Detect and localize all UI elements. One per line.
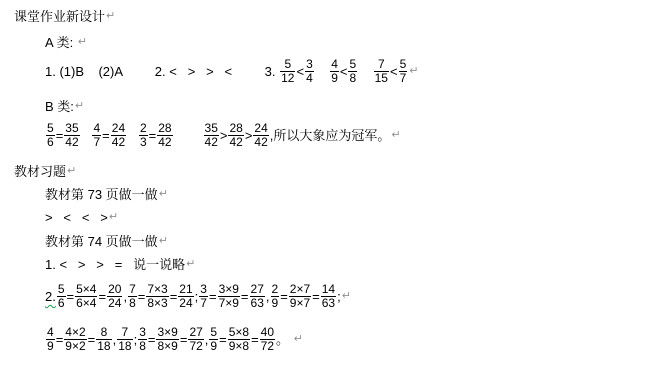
text-run: B 类: xyxy=(45,99,74,114)
fraction-numerator: 2 xyxy=(139,122,148,135)
fraction-denominator: 9×2 xyxy=(64,340,86,353)
fraction: 5×89×8 xyxy=(228,326,250,353)
fraction-denominator: 42 xyxy=(64,136,79,149)
fraction-denominator: 9 xyxy=(46,340,55,353)
fraction-denominator: 9 xyxy=(271,297,280,310)
fraction-numerator: 4 xyxy=(92,122,101,135)
fraction-denominator: 15 xyxy=(374,72,389,85)
text-run: = xyxy=(170,289,178,304)
text-run: = xyxy=(88,332,96,347)
fraction-numerator: 24 xyxy=(253,122,268,135)
fraction-denominator: 3 xyxy=(139,136,148,149)
text-run: = xyxy=(56,332,64,347)
fraction: 58 xyxy=(348,58,357,85)
paragraph-mark-icon: ↵ xyxy=(106,11,115,22)
fraction-denominator: 7×9 xyxy=(218,297,240,310)
fraction-denominator: 18 xyxy=(96,340,111,353)
fraction-numerator: 40 xyxy=(260,326,275,339)
fraction: 2842 xyxy=(157,122,172,149)
fraction-numerator: 7 xyxy=(121,326,130,339)
fraction-numerator: 5 xyxy=(57,283,66,296)
text-run: = xyxy=(67,289,75,304)
fraction-numerator: 3 xyxy=(199,283,208,296)
text-run: 课堂作业新设计 xyxy=(14,9,105,24)
fraction: 3542 xyxy=(204,122,219,149)
fraction: 2763 xyxy=(250,283,265,310)
text-run: 教材第 74 页做一做 xyxy=(45,234,158,249)
b-class-answers: 56=3542 47=2442 23=2842 3542>2842>2442,所… xyxy=(45,122,646,149)
text-run: ; xyxy=(195,289,199,304)
fraction-denominator: 8×9 xyxy=(156,340,178,353)
fraction-numerator: 27 xyxy=(250,283,265,296)
fraction-denominator: 8 xyxy=(348,72,357,85)
fraction: 718 xyxy=(117,326,132,353)
fraction: 2442 xyxy=(253,122,268,149)
fraction: 7×38×3 xyxy=(146,283,168,310)
p74-answer-2-line-1: 2.56=5×46×4=2024,78=7×38×3=2124;37=3×97×… xyxy=(45,283,646,310)
text-run: 1. (1)B (2)A 2. < > > < 3. xyxy=(45,64,279,79)
fraction-denominator: 6×4 xyxy=(75,297,97,310)
fraction-denominator: 9×8 xyxy=(228,340,250,353)
fraction-numerator: 7 xyxy=(377,58,386,71)
fraction: 2442 xyxy=(111,122,126,149)
text-run: = xyxy=(219,332,227,347)
fraction: 3×97×9 xyxy=(218,283,240,310)
fraction-denominator: 42 xyxy=(253,136,268,149)
paragraph-mark-icon: ↵ xyxy=(67,166,76,177)
fraction-numerator: 27 xyxy=(188,326,203,339)
fraction-denominator: 6 xyxy=(46,136,55,149)
fraction-denominator: 42 xyxy=(157,136,172,149)
fraction-denominator: 8 xyxy=(128,297,137,310)
fraction-numerator: 28 xyxy=(228,122,243,135)
text-run: > xyxy=(220,128,228,143)
text-run: > < < > xyxy=(45,210,108,225)
fraction-numerator: 8 xyxy=(100,326,109,339)
fraction-denominator: 18 xyxy=(117,340,132,353)
paragraph-mark-icon: ↵ xyxy=(159,189,168,200)
fraction-denominator: 72 xyxy=(260,340,275,353)
text-run: = xyxy=(138,289,146,304)
paragraph-mark-icon: ↵ xyxy=(391,130,400,141)
fraction-denominator: 63 xyxy=(250,297,265,310)
text-run: 。 xyxy=(276,332,293,347)
fraction: 4×29×2 xyxy=(64,326,86,353)
p73-answers: > < < >↵ xyxy=(45,210,646,225)
text-run: = xyxy=(148,332,156,347)
paragraph-mark-icon: ↵ xyxy=(78,37,87,48)
text-run: > xyxy=(245,128,253,143)
p74-answer-2-line-2: 49=4×29×2=818,718;38=3×98×9=2772,59=5×89… xyxy=(45,326,646,353)
fraction: 78 xyxy=(128,283,137,310)
text-run: ,所以大象应为冠军。 xyxy=(270,128,391,143)
fraction-denominator: 9 xyxy=(330,72,339,85)
fraction: 23 xyxy=(139,122,148,149)
text-run xyxy=(358,64,372,79)
fraction-denominator: 9×7 xyxy=(289,297,311,310)
fraction-denominator: 6 xyxy=(57,297,66,310)
text-run: = xyxy=(251,332,259,347)
fraction-numerator: 24 xyxy=(111,122,126,135)
fraction: 37 xyxy=(199,283,208,310)
fraction-denominator: 24 xyxy=(107,297,122,310)
text-run: 1. < > > = 说一说略 xyxy=(45,257,185,272)
fraction: 5×46×4 xyxy=(75,283,97,310)
heading-textbook-exercises: 教材习题↵ xyxy=(14,164,646,179)
fraction: 29 xyxy=(271,283,280,310)
paragraph-mark-icon: ↵ xyxy=(294,334,303,345)
fraction-denominator: 42 xyxy=(111,136,126,149)
heading-classwork-new-design: 课堂作业新设计↵ xyxy=(14,9,646,24)
fraction-denominator: 42 xyxy=(204,136,219,149)
fraction-numerator: 5 xyxy=(348,58,357,71)
text-run: < xyxy=(390,64,398,79)
fraction-denominator: 9 xyxy=(209,340,218,353)
fraction-denominator: 12 xyxy=(280,72,295,85)
text-run xyxy=(127,128,138,143)
fraction: 3542 xyxy=(64,122,79,149)
label-a-class: A 类: ↵ xyxy=(45,35,646,50)
text-run: = xyxy=(98,289,106,304)
fraction: 38 xyxy=(138,326,147,353)
fraction-denominator: 8×3 xyxy=(146,297,168,310)
text-run: = xyxy=(280,289,288,304)
fraction-numerator: 5 xyxy=(399,58,408,71)
fraction: 3×98×9 xyxy=(156,326,178,353)
fraction-denominator: 7 xyxy=(199,297,208,310)
fraction-numerator: 3 xyxy=(138,326,147,339)
fraction-numerator: 3 xyxy=(305,58,314,71)
fraction-numerator: 5 xyxy=(283,58,292,71)
text-run: < xyxy=(296,64,304,79)
text-run: 教材第 73 页做一做 xyxy=(45,187,158,202)
label-b-class: B 类:↵ xyxy=(45,99,646,114)
text-run: , xyxy=(123,289,127,304)
text-run: A 类: xyxy=(45,35,77,50)
fraction-numerator: 5×4 xyxy=(75,283,97,296)
textbook-p74-label: 教材第 74 页做一做↵ xyxy=(45,234,646,249)
fraction-numerator: 5 xyxy=(209,326,218,339)
text-run: = xyxy=(180,332,188,347)
text-run: = xyxy=(312,289,320,304)
fraction-numerator: 7 xyxy=(128,283,137,296)
fraction-denominator: 7 xyxy=(399,72,408,85)
fraction-numerator: 3×9 xyxy=(156,326,178,339)
textbook-p73-label: 教材第 73 页做一做↵ xyxy=(45,187,646,202)
fraction-denominator: 24 xyxy=(178,297,193,310)
fraction: 56 xyxy=(46,122,55,149)
fraction: 1463 xyxy=(321,283,336,310)
fraction: 49 xyxy=(330,58,339,85)
fraction: 2024 xyxy=(107,283,122,310)
fraction: 512 xyxy=(280,58,295,85)
fraction: 57 xyxy=(399,58,408,85)
fraction-denominator: 63 xyxy=(321,297,336,310)
text-run: ; xyxy=(337,289,341,304)
text-run xyxy=(81,128,92,143)
fraction-numerator: 7×3 xyxy=(146,283,168,296)
fraction: 715 xyxy=(374,58,389,85)
paragraph-mark-icon: ↵ xyxy=(342,291,351,302)
paragraph-mark-icon: ↵ xyxy=(109,212,118,223)
text-run: , xyxy=(266,289,270,304)
fraction-denominator: 4 xyxy=(305,72,314,85)
text-run: 教材习题 xyxy=(14,164,66,179)
text-run: = xyxy=(102,128,110,143)
fraction-numerator: 2 xyxy=(271,283,280,296)
paragraph-mark-icon: ↵ xyxy=(159,236,168,247)
paragraph-mark-icon: ↵ xyxy=(75,101,84,112)
paragraph-mark-icon: ↵ xyxy=(409,66,418,77)
fraction-numerator: 4×2 xyxy=(64,326,86,339)
text-run xyxy=(174,128,203,143)
text-run: < xyxy=(340,64,348,79)
fraction-numerator: 5 xyxy=(46,122,55,135)
p74-answer-1: 1. < > > = 说一说略↵ xyxy=(45,257,646,272)
paragraph-mark-icon: ↵ xyxy=(186,259,195,270)
text-run xyxy=(315,64,329,79)
fraction: 49 xyxy=(46,326,55,353)
text-run: = xyxy=(56,128,64,143)
fraction-denominator: 42 xyxy=(228,136,243,149)
fraction-denominator: 8 xyxy=(138,340,147,353)
text-run: , xyxy=(113,332,117,347)
fraction-denominator: 72 xyxy=(188,340,203,353)
fraction-numerator: 35 xyxy=(204,122,219,135)
fraction-numerator: 4 xyxy=(46,326,55,339)
fraction: 47 xyxy=(92,122,101,149)
fraction-numerator: 14 xyxy=(321,283,336,296)
fraction-numerator: 21 xyxy=(178,283,193,296)
a-class-answers: 1. (1)B (2)A 2. < > > < 3. 512<34 49<58 … xyxy=(45,58,646,85)
fraction-numerator: 5×8 xyxy=(228,326,250,339)
text-run: = xyxy=(209,289,217,304)
fraction-numerator: 28 xyxy=(157,122,172,135)
fraction: 59 xyxy=(209,326,218,353)
fraction: 2×79×7 xyxy=(289,283,311,310)
fraction-numerator: 35 xyxy=(64,122,79,135)
fraction: 4072 xyxy=(260,326,275,353)
fraction-denominator: 7 xyxy=(92,136,101,149)
fraction-numerator: 3×9 xyxy=(218,283,240,296)
fraction: 2124 xyxy=(178,283,193,310)
grammar-flagged-text: 2. xyxy=(45,289,56,304)
fraction: 818 xyxy=(96,326,111,353)
text-run: = xyxy=(241,289,249,304)
fraction: 2842 xyxy=(228,122,243,149)
text-run: ; xyxy=(134,332,138,347)
document-page[interactable]: 课堂作业新设计↵A 类: ↵1. (1)B (2)A 2. < > > < 3.… xyxy=(0,0,646,375)
text-run: , xyxy=(205,332,209,347)
fraction: 2772 xyxy=(188,326,203,353)
fraction-numerator: 4 xyxy=(330,58,339,71)
fraction: 56 xyxy=(57,283,66,310)
fraction: 34 xyxy=(305,58,314,85)
fraction-numerator: 20 xyxy=(107,283,122,296)
fraction-numerator: 2×7 xyxy=(289,283,311,296)
text-run: = xyxy=(149,128,157,143)
